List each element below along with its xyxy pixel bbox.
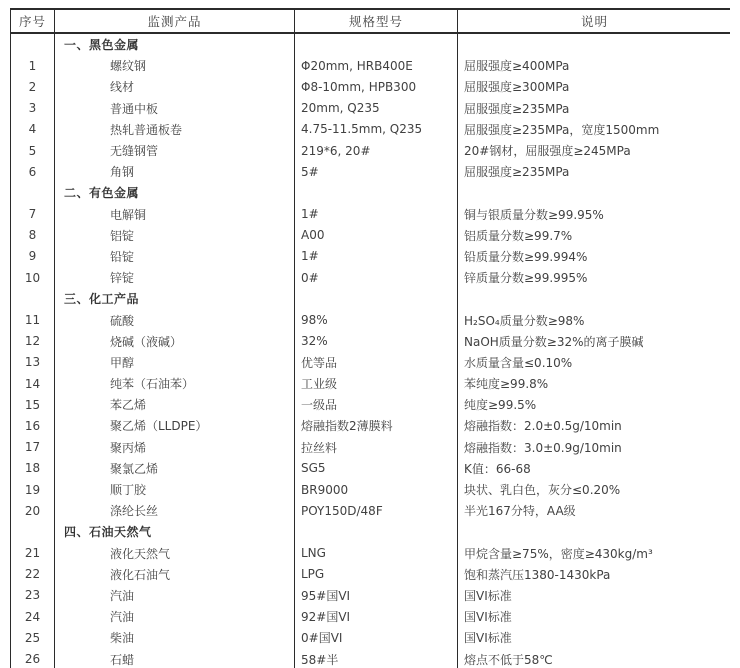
cell-product: 液化石油气 xyxy=(55,564,295,585)
group-label: 四、石油天然气 xyxy=(55,521,295,542)
table-row: 1螺纹钢Φ20mm, HRB400E屈服强度≥400MPa xyxy=(11,55,731,76)
header-cell-no: 序号 xyxy=(11,10,55,32)
cell-product: 烧碱（液碱） xyxy=(55,331,295,352)
cell-spec: 优等品 xyxy=(295,352,458,373)
cell-spec: POY150D/48F xyxy=(295,500,458,521)
cell-no: 5 xyxy=(11,140,55,161)
cell-no: 2 xyxy=(11,76,55,97)
table-row: 18聚氯乙烯SG5K值：66-68 xyxy=(11,458,731,479)
cell-no: 21 xyxy=(11,543,55,564)
cell-no: 20 xyxy=(11,500,55,521)
cell-product: 无缝钢管 xyxy=(55,140,295,161)
cell-product: 聚氯乙烯 xyxy=(55,458,295,479)
cell-desc: 铝质量分数≥99.7% xyxy=(458,225,731,246)
cell-spec: 92#国VI xyxy=(295,606,458,627)
cell-desc: 熔点不低于58℃ xyxy=(458,648,731,668)
cell-desc xyxy=(458,182,731,203)
cell-desc: 铜与银质量分数≥99.95% xyxy=(458,204,731,225)
cell-no xyxy=(11,34,55,55)
cell-desc: 苯纯度≥99.8% xyxy=(458,373,731,394)
table-row: 5无缝钢管219*6, 20#20#钢材，屈服强度≥245MPa xyxy=(11,140,731,161)
cell-no: 1 xyxy=(11,55,55,76)
cell-desc: 屈服强度≥235MPa xyxy=(458,161,731,182)
table-row: 24汽油92#国VI国VI标准 xyxy=(11,606,731,627)
cell-desc xyxy=(458,288,731,309)
table-row: 15苯乙烯一级品纯度≥99.5% xyxy=(11,394,731,415)
cell-product: 顺丁胶 xyxy=(55,479,295,500)
table-row: 6角钢5#屈服强度≥235MPa xyxy=(11,161,731,182)
cell-product: 汽油 xyxy=(55,606,295,627)
cell-product: 聚丙烯 xyxy=(55,437,295,458)
cell-no: 10 xyxy=(11,267,55,288)
cell-spec xyxy=(295,34,458,55)
cell-spec xyxy=(295,288,458,309)
cell-desc: H₂SO₄质量分数≥98% xyxy=(458,309,731,330)
cell-product: 铝锭 xyxy=(55,225,295,246)
cell-product: 螺纹钢 xyxy=(55,55,295,76)
cell-no: 7 xyxy=(11,204,55,225)
cell-desc: 水质量含量≤0.10% xyxy=(458,352,731,373)
cell-no: 9 xyxy=(11,246,55,267)
cell-spec: 4.75-11.5mm, Q235 xyxy=(295,119,458,140)
cell-spec: LPG xyxy=(295,564,458,585)
cell-spec: 32% xyxy=(295,331,458,352)
cell-product: 柴油 xyxy=(55,627,295,648)
table-row: 11硫酸98%H₂SO₄质量分数≥98% xyxy=(11,309,731,330)
group-row: 一、黑色金属 xyxy=(11,34,731,55)
table-row: 20涤纶长丝POY150D/48F半光167分特，AA级 xyxy=(11,500,731,521)
cell-desc: 国VI标准 xyxy=(458,606,731,627)
cell-no: 12 xyxy=(11,331,55,352)
cell-no: 11 xyxy=(11,309,55,330)
cell-product: 热轧普通板卷 xyxy=(55,119,295,140)
cell-desc: NaOH质量分数≥32%的离子膜碱 xyxy=(458,331,731,352)
cell-no xyxy=(11,288,55,309)
cell-desc: 甲烷含量≥75%，密度≥430kg/m³ xyxy=(458,543,731,564)
cell-product: 聚乙烯（LLDPE） xyxy=(55,415,295,436)
cell-desc: 铅质量分数≥99.994% xyxy=(458,246,731,267)
cell-no: 16 xyxy=(11,415,55,436)
cell-desc xyxy=(458,34,731,55)
group-label: 二、有色金属 xyxy=(55,182,295,203)
cell-spec: A00 xyxy=(295,225,458,246)
cell-spec: 熔融指数2薄膜料 xyxy=(295,415,458,436)
cell-product: 涤纶长丝 xyxy=(55,500,295,521)
cell-desc: 屈服强度≥235MPa xyxy=(458,98,731,119)
cell-no: 22 xyxy=(11,564,55,585)
cell-spec: 0# xyxy=(295,267,458,288)
cell-desc: K值：66-68 xyxy=(458,458,731,479)
cell-spec: 拉丝料 xyxy=(295,437,458,458)
cell-desc: 熔融指数：2.0±0.5g/10min xyxy=(458,415,731,436)
table-row: 19顺丁胶BR9000块状、乳白色，灰分≤0.20% xyxy=(11,479,731,500)
table-row: 26石蜡58#半熔点不低于58℃ xyxy=(11,648,731,668)
cell-spec: 5# xyxy=(295,161,458,182)
cell-product: 纯苯（石油苯） xyxy=(55,373,295,394)
cell-no: 23 xyxy=(11,585,55,606)
cell-spec: SG5 xyxy=(295,458,458,479)
cell-no: 13 xyxy=(11,352,55,373)
table-row: 25柴油0#国VI国VI标准 xyxy=(11,627,731,648)
table-row: 3普通中板20mm, Q235屈服强度≥235MPa xyxy=(11,98,731,119)
cell-product: 液化天然气 xyxy=(55,543,295,564)
cell-desc: 屈服强度≥300MPa xyxy=(458,76,731,97)
cell-product: 普通中板 xyxy=(55,98,295,119)
header-cell-product: 监测产品 xyxy=(55,10,295,32)
cell-spec: BR9000 xyxy=(295,479,458,500)
cell-no: 25 xyxy=(11,627,55,648)
cell-no: 17 xyxy=(11,437,55,458)
cell-product: 石蜡 xyxy=(55,648,295,668)
cell-product: 铅锭 xyxy=(55,246,295,267)
cell-desc: 国VI标准 xyxy=(458,585,731,606)
cell-spec xyxy=(295,182,458,203)
table-header-row: 序号 监测产品 规格型号 说明 xyxy=(11,10,730,34)
cell-spec: 58#半 xyxy=(295,648,458,668)
group-row: 三、化工产品 xyxy=(11,288,731,309)
cell-no: 18 xyxy=(11,458,55,479)
cell-product: 角钢 xyxy=(55,161,295,182)
cell-no: 15 xyxy=(11,394,55,415)
cell-desc: 饱和蒸汽压1380-1430kPa xyxy=(458,564,731,585)
cell-desc: 块状、乳白色，灰分≤0.20% xyxy=(458,479,731,500)
cell-spec: 工业级 xyxy=(295,373,458,394)
cell-desc: 屈服强度≥235MPa，宽度1500mm xyxy=(458,119,731,140)
cell-spec: 98% xyxy=(295,309,458,330)
cell-product: 甲醇 xyxy=(55,352,295,373)
cell-no: 4 xyxy=(11,119,55,140)
header-cell-desc: 说明 xyxy=(458,10,731,32)
products-table: 序号 监测产品 规格型号 说明 一、黑色金属1螺纹钢Φ20mm, HRB400E… xyxy=(10,8,730,668)
table-row: 9铅锭1#铅质量分数≥99.994% xyxy=(11,246,731,267)
table-row: 17聚丙烯拉丝料熔融指数：3.0±0.9g/10min xyxy=(11,437,731,458)
table-row: 22液化石油气LPG饱和蒸汽压1380-1430kPa xyxy=(11,564,731,585)
group-label: 一、黑色金属 xyxy=(55,34,295,55)
header-cell-spec: 规格型号 xyxy=(295,10,458,32)
cell-spec: 219*6, 20# xyxy=(295,140,458,161)
cell-spec: 一级品 xyxy=(295,394,458,415)
cell-spec: 1# xyxy=(295,246,458,267)
cell-spec xyxy=(295,521,458,542)
cell-desc: 纯度≥99.5% xyxy=(458,394,731,415)
cell-no xyxy=(11,521,55,542)
cell-no: 26 xyxy=(11,648,55,668)
cell-product: 锌锭 xyxy=(55,267,295,288)
table-row: 2线材Φ8-10mm, HPB300屈服强度≥300MPa xyxy=(11,76,731,97)
cell-spec: 0#国VI xyxy=(295,627,458,648)
cell-desc: 20#钢材，屈服强度≥245MPa xyxy=(458,140,731,161)
group-row: 二、有色金属 xyxy=(11,182,731,203)
cell-spec: 95#国VI xyxy=(295,585,458,606)
cell-no: 6 xyxy=(11,161,55,182)
group-row: 四、石油天然气 xyxy=(11,521,731,542)
cell-desc: 锌质量分数≥99.995% xyxy=(458,267,731,288)
table-row: 12烧碱（液碱）32%NaOH质量分数≥32%的离子膜碱 xyxy=(11,331,731,352)
cell-desc: 国VI标准 xyxy=(458,627,731,648)
cell-product: 汽油 xyxy=(55,585,295,606)
table-row: 16聚乙烯（LLDPE）熔融指数2薄膜料熔融指数：2.0±0.5g/10min xyxy=(11,415,731,436)
cell-desc: 熔融指数：3.0±0.9g/10min xyxy=(458,437,731,458)
group-label: 三、化工产品 xyxy=(55,288,295,309)
cell-desc: 屈服强度≥400MPa xyxy=(458,55,731,76)
table-row: 13甲醇优等品水质量含量≤0.10% xyxy=(11,352,731,373)
cell-desc: 半光167分特，AA级 xyxy=(458,500,731,521)
cell-no: 24 xyxy=(11,606,55,627)
cell-no: 19 xyxy=(11,479,55,500)
table-row: 4热轧普通板卷4.75-11.5mm, Q235屈服强度≥235MPa，宽度15… xyxy=(11,119,731,140)
table-row: 21液化天然气LNG甲烷含量≥75%，密度≥430kg/m³ xyxy=(11,543,731,564)
table-row: 10锌锭0#锌质量分数≥99.995% xyxy=(11,267,731,288)
cell-spec: Φ20mm, HRB400E xyxy=(295,55,458,76)
table-body: 一、黑色金属1螺纹钢Φ20mm, HRB400E屈服强度≥400MPa2线材Φ8… xyxy=(11,34,731,668)
cell-product: 硫酸 xyxy=(55,309,295,330)
table-row: 8铝锭A00铝质量分数≥99.7% xyxy=(11,225,731,246)
cell-product: 苯乙烯 xyxy=(55,394,295,415)
document-page: { "colors": { "border": "#2b2b2b", "text… xyxy=(0,0,740,668)
cell-spec: Φ8-10mm, HPB300 xyxy=(295,76,458,97)
cell-no: 14 xyxy=(11,373,55,394)
cell-spec: 20mm, Q235 xyxy=(295,98,458,119)
cell-desc xyxy=(458,521,731,542)
table-row: 23汽油95#国VI国VI标准 xyxy=(11,585,731,606)
table-row: 14纯苯（石油苯）工业级苯纯度≥99.8% xyxy=(11,373,731,394)
cell-product: 电解铜 xyxy=(55,204,295,225)
table-row: 7电解铜1#铜与银质量分数≥99.95% xyxy=(11,204,731,225)
cell-spec: LNG xyxy=(295,543,458,564)
cell-spec: 1# xyxy=(295,204,458,225)
cell-no xyxy=(11,182,55,203)
cell-no: 3 xyxy=(11,98,55,119)
cell-no: 8 xyxy=(11,225,55,246)
cell-product: 线材 xyxy=(55,76,295,97)
